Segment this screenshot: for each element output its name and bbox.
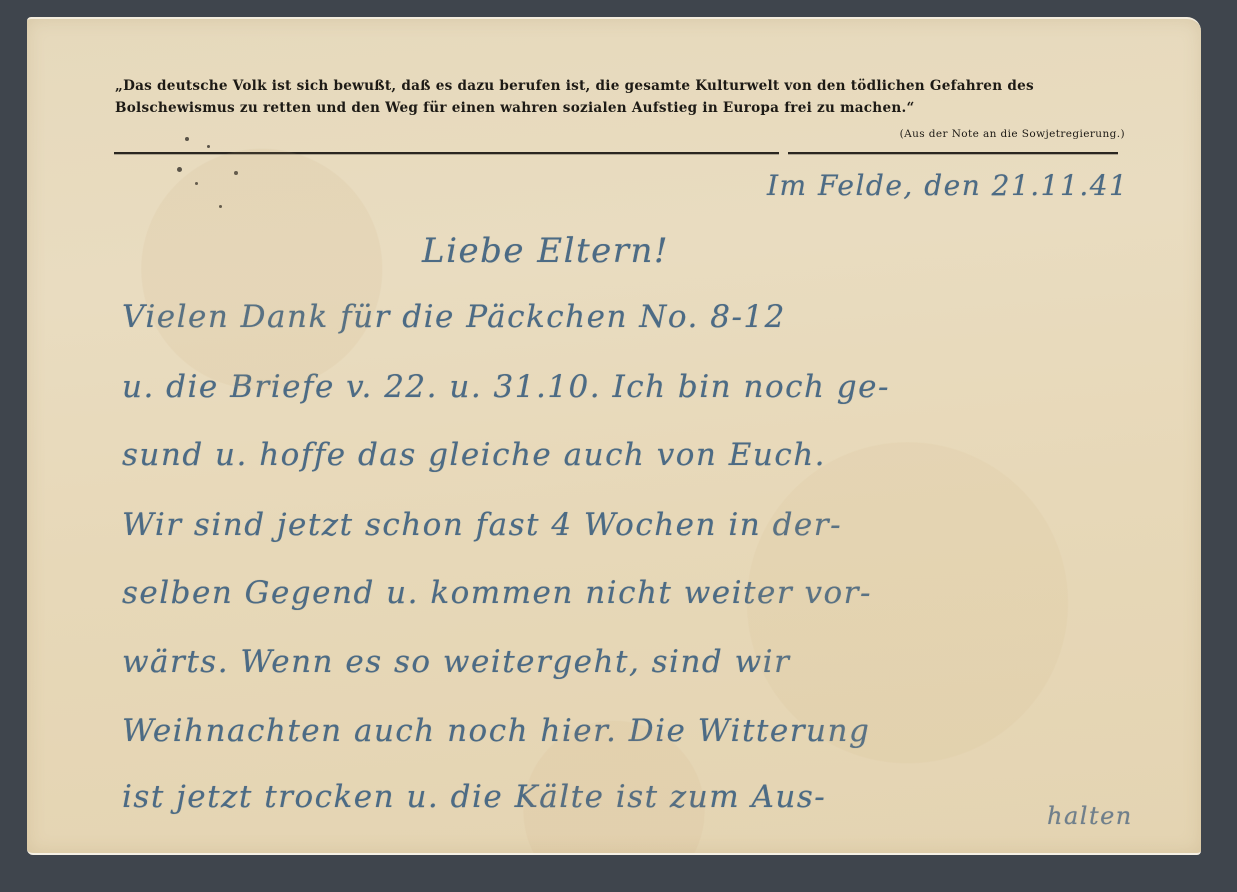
handwritten-line-1: Vielen Dank für die Päckchen No. 8-12 (122, 299, 1207, 335)
printed-quote-header: „Das deutsche Volk ist sich bewußt, daß … (115, 75, 1125, 119)
quote-line-1: „Das deutsche Volk ist sich bewußt, daß … (115, 75, 1125, 97)
quote-source: (Aus der Note an die Sowjetregierung.) (900, 123, 1125, 145)
handwritten-line-6: wärts. Wenn es so weitergeht, sind wir (122, 644, 1207, 680)
postcard: „Das deutsche Volk ist sich bewußt, daß … (27, 17, 1201, 855)
handwritten-dateline: Im Felde, den 21.11.41 (767, 169, 1128, 202)
handwritten-greeting: Liebe Eltern! (422, 231, 669, 271)
handwritten-line-2: u. die Briefe v. 22. u. 31.10. Ich bin n… (122, 369, 1207, 405)
handwritten-line-3: sund u. hoffe das gleiche auch von Euch. (122, 437, 1207, 473)
handwritten-line-8: ist jetzt trocken u. die Kälte ist zum A… (122, 779, 1207, 815)
header-divider-left (114, 152, 779, 154)
handwritten-continuation: halten (1047, 802, 1133, 830)
handwritten-line-5: selben Gegend u. kommen nicht weiter vor… (122, 575, 1207, 611)
handwritten-line-7: Weihnachten auch noch hier. Die Witterun… (122, 713, 1207, 749)
handwritten-line-4: Wir sind jetzt schon fast 4 Wochen in de… (122, 507, 1207, 543)
quote-line-2: Bolschewismus zu retten und den Weg für … (115, 97, 1125, 119)
header-divider-right (788, 152, 1118, 154)
